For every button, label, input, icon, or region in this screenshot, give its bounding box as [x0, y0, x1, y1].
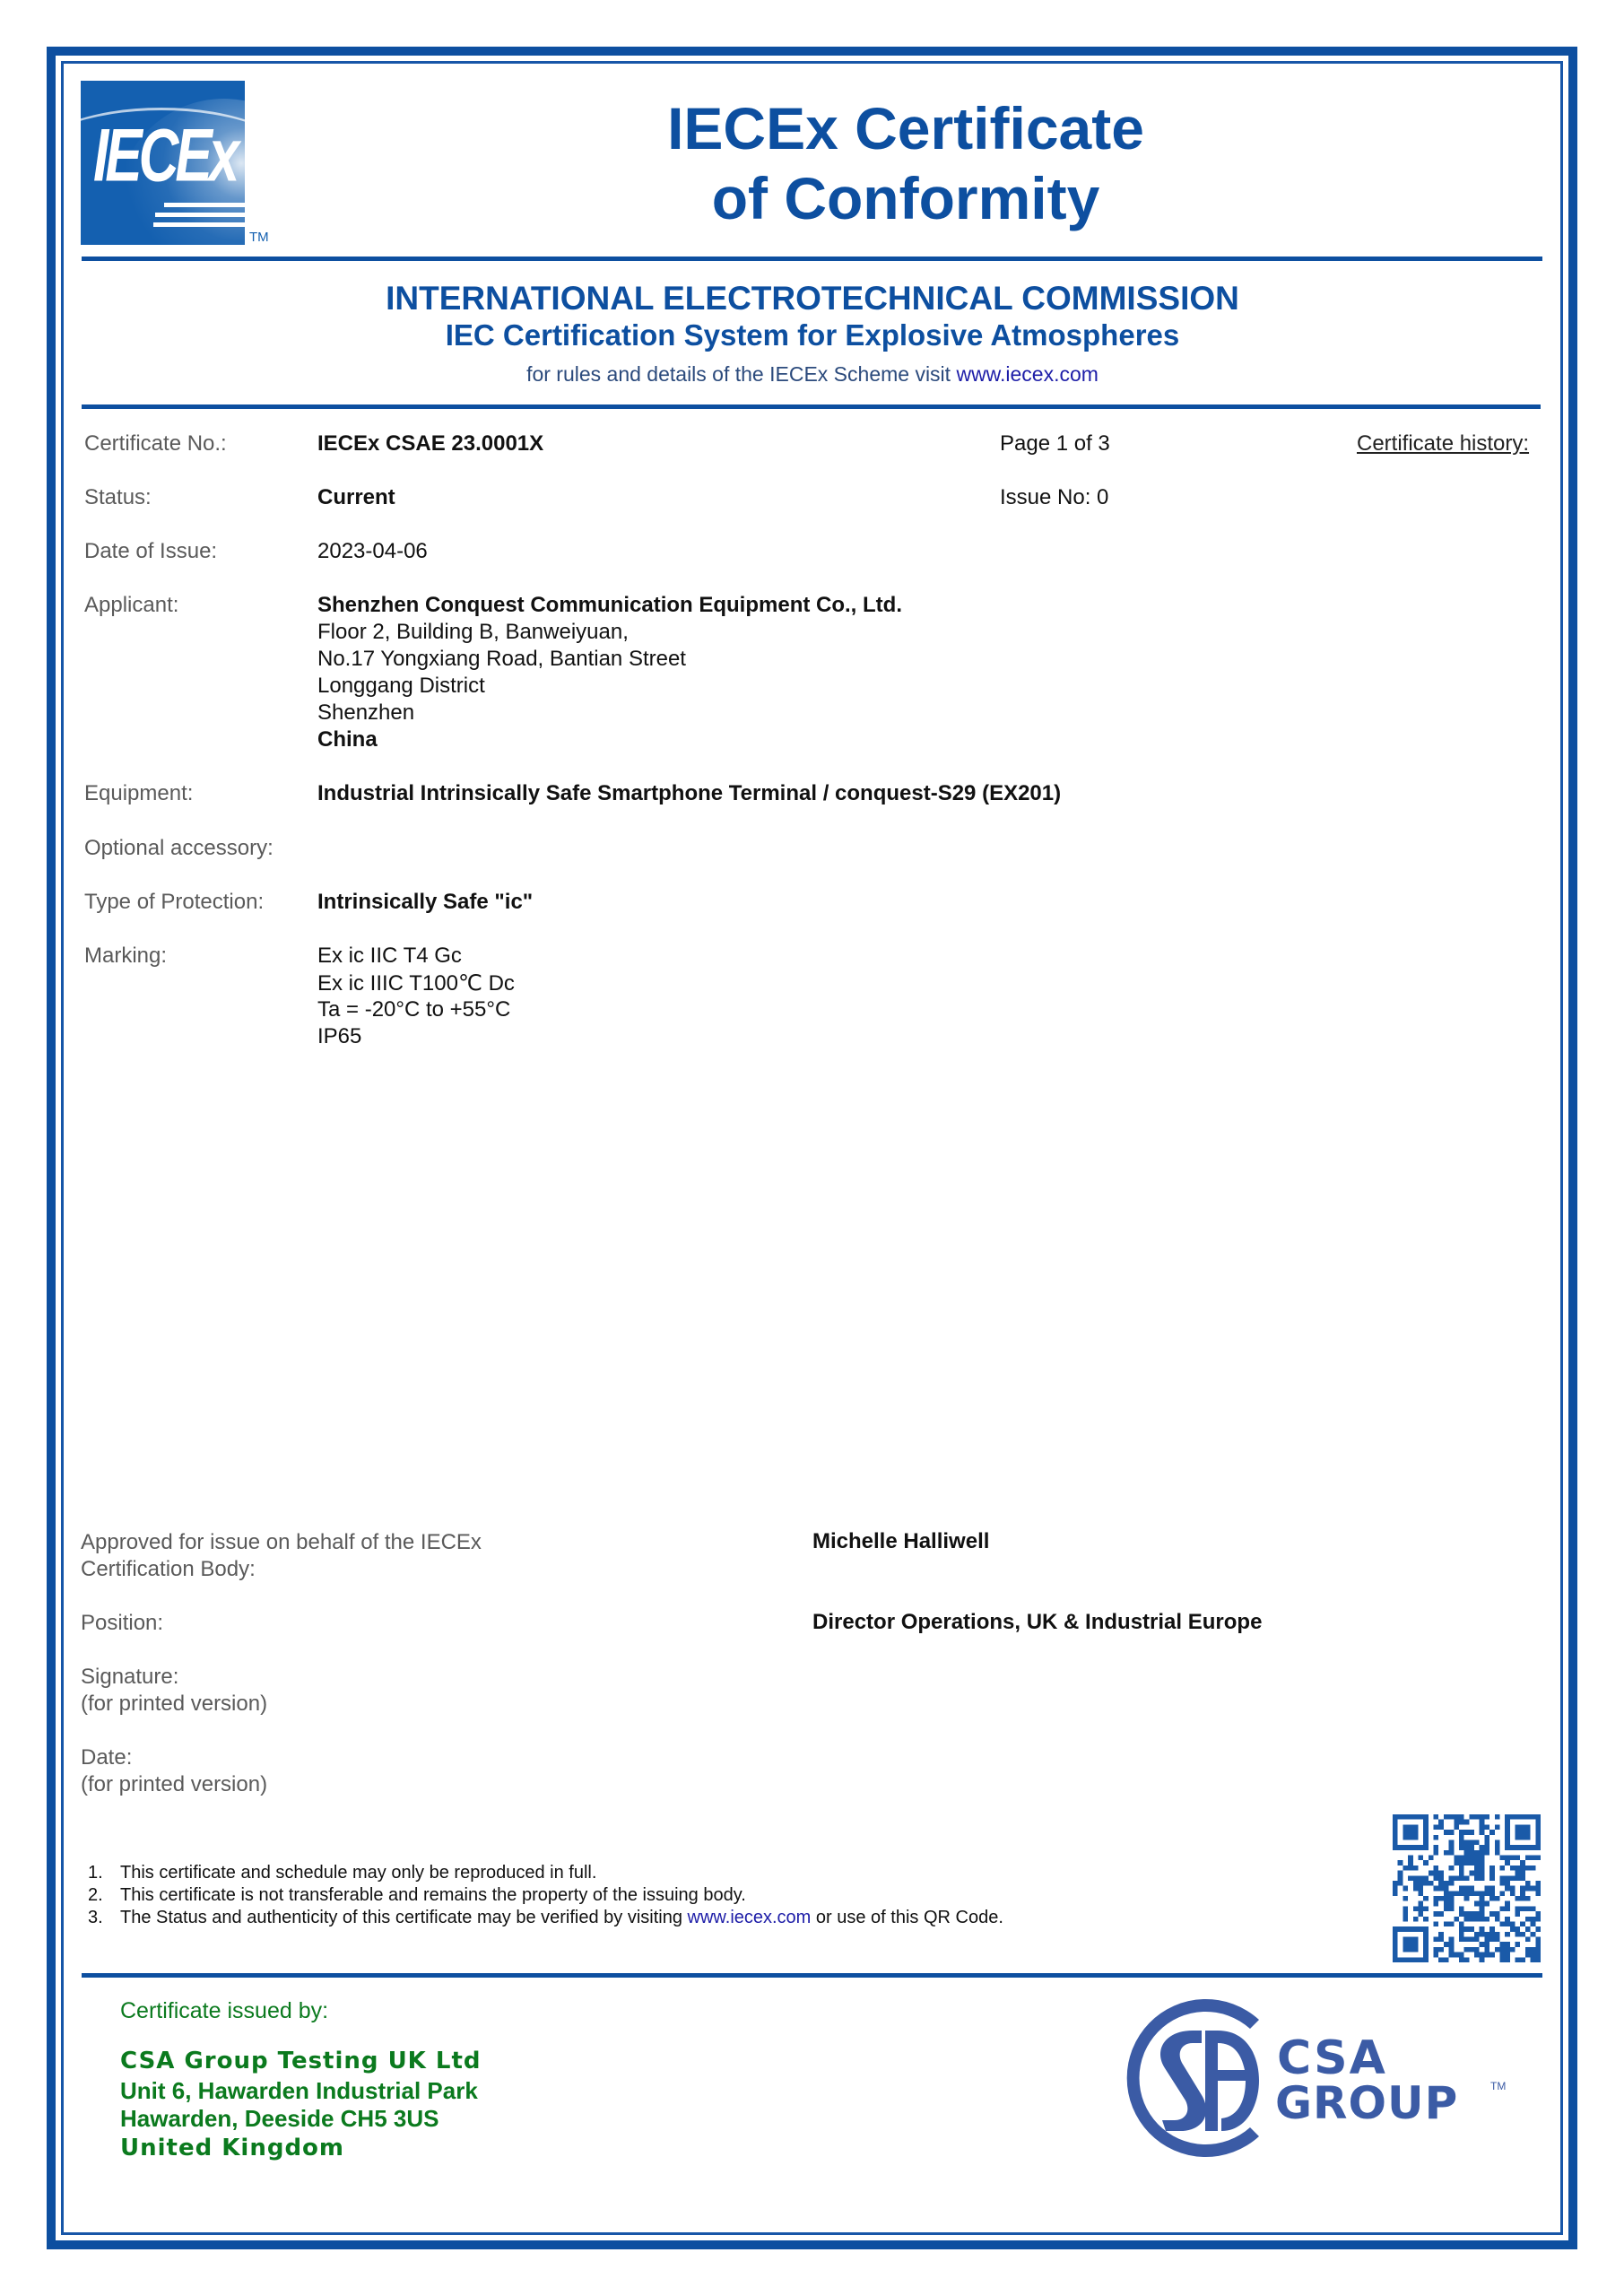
- signature-label-line-1: Signature:: [81, 1664, 267, 1691]
- equipment-label: Equipment:: [84, 781, 193, 806]
- note-item: 3.The Status and authenticity of this ce…: [88, 1907, 1003, 1929]
- footer-divider: [82, 1973, 1542, 1978]
- approved-label-line-2: Certification Body:: [81, 1556, 482, 1583]
- marking-line: Ta = -20°C to +55°C: [317, 997, 510, 1022]
- issuer-country: United Kingdom: [120, 2135, 344, 2161]
- optional-accessory-label: Optional accessory:: [84, 836, 274, 861]
- rules-text: for rules and details of the IECEx Schem…: [526, 362, 956, 386]
- status-label: Status:: [84, 485, 152, 510]
- type-of-protection-value: Intrinsically Safe "ic": [317, 890, 533, 915]
- title-line-1: IECEx Certificate: [511, 93, 1300, 163]
- applicant-address-line: No.17 Yongxiang Road, Bantian Street: [317, 647, 686, 672]
- trademark-symbol: TM: [249, 230, 269, 245]
- applicant-address-line: Floor 2, Building B, Banweiyuan,: [317, 620, 629, 645]
- signature-label-line-2: (for printed version): [81, 1691, 267, 1718]
- issued-by-heading: Certificate issued by:: [120, 1998, 328, 2024]
- logo-stripe: [155, 213, 245, 217]
- note-text: The Status and authenticity of this cert…: [120, 1908, 688, 1927]
- csa-circle-icon: [1127, 1999, 1259, 2157]
- note-item: 1.This certificate and schedule may only…: [88, 1862, 1003, 1884]
- date-of-issue-label: Date of Issue:: [84, 539, 217, 564]
- note-number: 1.: [88, 1862, 120, 1884]
- date-of-issue-value: 2023-04-06: [317, 539, 428, 564]
- details-divider: [82, 404, 1541, 409]
- logo-stripe: [164, 203, 245, 207]
- system-name: IEC Certification System for Explosive A…: [82, 318, 1543, 352]
- iecex-verify-link[interactable]: www.iecex.com: [688, 1908, 812, 1927]
- date-label: Date: (for printed version): [81, 1744, 267, 1798]
- applicant-address-line: Shenzhen: [317, 700, 414, 726]
- certificate-no-value: IECEx CSAE 23.0001X: [317, 431, 543, 457]
- approved-for-issue-label: Approved for issue on behalf of the IECE…: [81, 1529, 482, 1583]
- rules-note: for rules and details of the IECEx Schem…: [82, 362, 1543, 387]
- issuer-address-line-2: Hawarden, Deeside CH5 3US: [120, 2105, 439, 2133]
- marking-line: Ex ic IIIC T100℃ Dc: [317, 970, 515, 996]
- page-indicator: Page 1 of 3: [1000, 431, 1110, 457]
- group-logo-word: GROUP: [1275, 2077, 1458, 2129]
- note-text: This certificate is not transferable and…: [120, 1885, 746, 1905]
- issuer-address-line-1: Unit 6, Hawarden Industrial Park: [120, 2077, 478, 2105]
- note-number: 2.: [88, 1884, 120, 1907]
- iecex-website-link[interactable]: www.iecex.com: [956, 362, 1098, 386]
- date-label-line-1: Date:: [81, 1744, 267, 1771]
- date-label-line-2: (for printed version): [81, 1771, 267, 1798]
- approved-label-line-1: Approved for issue on behalf of the IECE…: [81, 1529, 482, 1556]
- position-label: Position:: [81, 1610, 163, 1637]
- approver-name: Michelle Halliwell: [812, 1529, 989, 1554]
- qr-code-icon[interactable]: [1393, 1814, 1541, 1962]
- iecex-logo-text: IECEx: [93, 113, 236, 199]
- page-title: IECEx Certificate of Conformity: [511, 93, 1300, 233]
- note-text: This certificate and schedule may only b…: [120, 1863, 596, 1883]
- iecex-logo: IECEx: [81, 81, 245, 245]
- marking-line: IP65: [317, 1024, 361, 1049]
- marking-line: Ex ic IIC T4 Gc: [317, 944, 462, 969]
- certificate-no-label: Certificate No.:: [84, 431, 227, 457]
- logo-stripe: [153, 222, 245, 227]
- applicant-country: China: [317, 727, 378, 752]
- issuer-name: CSA Group Testing UK Ltd: [120, 2048, 482, 2074]
- status-value: Current: [317, 485, 395, 510]
- position-value: Director Operations, UK & Industrial Eur…: [812, 1610, 1262, 1635]
- header-divider: [82, 257, 1542, 261]
- notes-list: 1.This certificate and schedule may only…: [88, 1862, 1003, 1929]
- issue-number: Issue No: 0: [1000, 485, 1108, 510]
- applicant-label: Applicant:: [84, 593, 178, 618]
- csa-group-logo: CSA GROUP TM: [1116, 1995, 1510, 2161]
- note-number: 3.: [88, 1907, 120, 1929]
- note-text: or use of this QR Code.: [811, 1908, 1003, 1927]
- applicant-address-line: Longgang District: [317, 674, 485, 699]
- marking-label: Marking:: [84, 944, 167, 969]
- note-item: 2.This certificate is not transferable a…: [88, 1884, 1003, 1907]
- signature-label: Signature: (for printed version): [81, 1664, 267, 1718]
- equipment-value: Industrial Intrinsically Safe Smartphone…: [317, 781, 1061, 806]
- type-of-protection-label: Type of Protection:: [84, 890, 264, 915]
- organization-name: INTERNATIONAL ELECTROTECHNICAL COMMISSIO…: [82, 280, 1543, 317]
- csa-trademark: TM: [1490, 2080, 1506, 2092]
- certificate-history-link[interactable]: Certificate history:: [1357, 431, 1529, 457]
- title-line-2: of Conformity: [511, 163, 1300, 233]
- applicant-name: Shenzhen Conquest Communication Equipmen…: [317, 593, 902, 618]
